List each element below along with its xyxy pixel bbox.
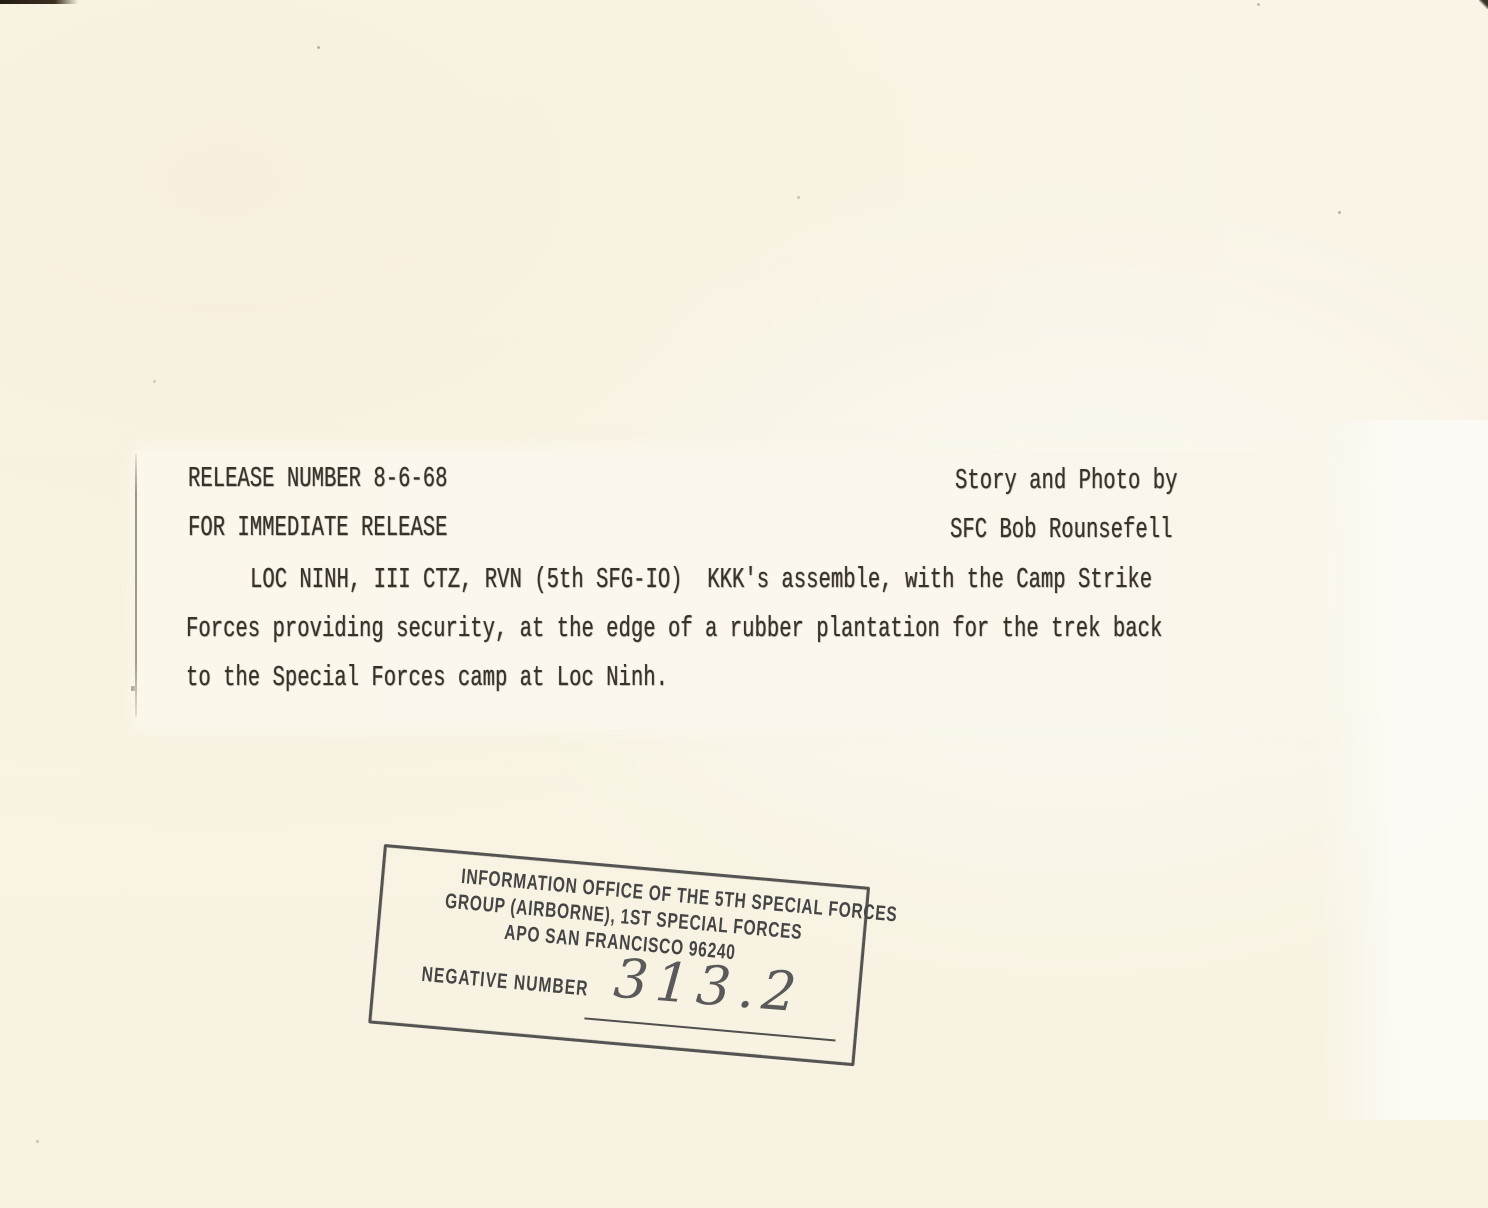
scan-edge-artifact-top-right xyxy=(1479,0,1488,9)
caption-line-1: LOC NINH, III CTZ, RVN (5th SFG-IO) KKK'… xyxy=(250,566,1152,598)
byline-name: SFC Bob Rounsefell xyxy=(950,516,1172,548)
caption-line-3: to the Special Forces camp at Loc Ninh. xyxy=(186,664,668,696)
byline-label: Story and Photo by xyxy=(955,467,1177,499)
negative-number-label: NEGATIVE NUMBER xyxy=(421,963,590,1002)
release-number-line: RELEASE NUMBER 8-6-68 xyxy=(188,465,448,497)
paper-speck xyxy=(153,380,156,383)
paper-speck xyxy=(1257,3,1260,6)
paper-speck xyxy=(797,196,800,199)
caption-line-2: Forces providing security, at the edge o… xyxy=(186,615,1162,647)
paper-light-band xyxy=(1318,420,1488,1120)
paper-speck xyxy=(1338,211,1341,214)
information-office-stamp: INFORMATION OFFICE OF THE 5TH SPECIAL FO… xyxy=(368,844,870,1066)
caption-slip: RELEASE NUMBER 8-6-68 Story and Photo by… xyxy=(137,450,1327,727)
immediate-release-line: FOR IMMEDIATE RELEASE xyxy=(188,514,448,546)
paper-speck xyxy=(317,46,320,49)
slip-left-edge xyxy=(135,454,137,717)
paper-speck xyxy=(36,1140,39,1143)
scanned-photo-back: { "document": { "release_line": "RELEASE… xyxy=(0,0,1488,1208)
scan-edge-artifact-top-left xyxy=(0,0,78,4)
